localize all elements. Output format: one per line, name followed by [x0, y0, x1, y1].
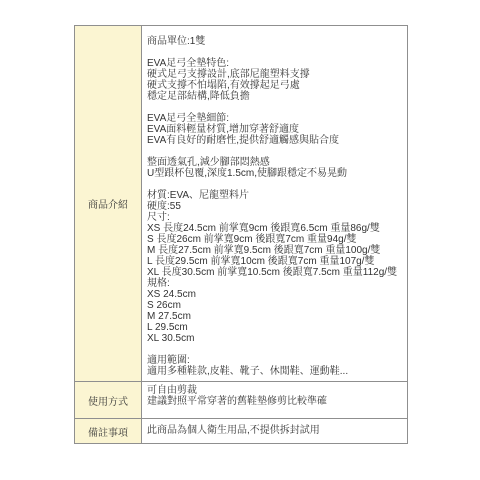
- content-line: 商品單位:1雙: [147, 36, 403, 47]
- table-row-notes: 備註事項 此商品為個人衛生用品,不提供拆封試用: [75, 418, 407, 443]
- content-line: M 27.5cm: [147, 311, 403, 322]
- content-line: 材質:EVA、尼龍塑料片: [147, 190, 403, 201]
- content-line: L 29.5cm: [147, 322, 403, 333]
- row-header-usage: 使用方式: [75, 382, 142, 418]
- content-line: L 長度29.5cm 前掌寬10cm 後跟寬7cm 重量107g/雙: [147, 256, 403, 267]
- content-line: 此商品為個人衛生用品,不提供拆封試用: [147, 425, 403, 436]
- content-line: 建議對照平常穿著的舊鞋墊修剪比較準確: [147, 396, 403, 407]
- usage-content: 可自由剪裁建議對照平常穿著的舊鞋墊修剪比較準確: [142, 382, 407, 418]
- content-line: XL 長度30.5cm 前掌寬10.5cm 後跟寬7.5cm 重量112g/雙: [147, 267, 403, 278]
- table-row-product-intro: 商品介紹 商品單位:1雙EVA足弓全墊特色:硬式足弓支撐設計,底部尼龍塑料支撐硬…: [75, 26, 407, 381]
- content-line: EVA足弓全墊細節:: [147, 113, 403, 124]
- content-line: EVA足弓全墊特色:: [147, 58, 403, 69]
- product-detail-page: 商品介紹 商品單位:1雙EVA足弓全墊特色:硬式足弓支撐設計,底部尼龍塑料支撐硬…: [0, 0, 480, 480]
- blank-line: [147, 146, 403, 157]
- content-line: 硬度:55: [147, 201, 403, 212]
- content-line: 可自由剪裁: [147, 385, 403, 396]
- notes-content: 此商品為個人衛生用品,不提供拆封試用: [142, 419, 407, 443]
- content-line: 適用範圍:: [147, 355, 403, 366]
- content-line: M 長度27.5cm 前掌寬9.5cm 後跟寬7cm 重量100g/雙: [147, 245, 403, 256]
- content-line: EVA有良好的耐磨性,提供舒適觸感與貼合度: [147, 135, 403, 146]
- row-header-notes: 備註事項: [75, 419, 142, 443]
- content-line: 規格:: [147, 278, 403, 289]
- content-line: 硬式支撐不怕塌陷,有效撐起足弓處: [147, 80, 403, 91]
- content-line: S 26cm: [147, 300, 403, 311]
- blank-line: [147, 102, 403, 113]
- product-info-table: 商品介紹 商品單位:1雙EVA足弓全墊特色:硬式足弓支撐設計,底部尼龍塑料支撐硬…: [74, 25, 408, 444]
- content-line: 穩定足部結構,降低負擔: [147, 91, 403, 102]
- content-line: 適用多種鞋款,皮鞋、靴子、休閒鞋、運動鞋...: [147, 366, 403, 377]
- content-line: XS 24.5cm: [147, 289, 403, 300]
- blank-line: [147, 344, 403, 355]
- row-header-product-intro: 商品介紹: [75, 26, 142, 381]
- content-line: EVA面料輕量材質,增加穿著舒適度: [147, 124, 403, 135]
- content-line: 硬式足弓支撐設計,底部尼龍塑料支撐: [147, 69, 403, 80]
- product-intro-content: 商品單位:1雙EVA足弓全墊特色:硬式足弓支撐設計,底部尼龍塑料支撐硬式支撐不怕…: [142, 26, 407, 381]
- content-line: U型跟杯包覆,深度1.5cm,使腳跟穩定不易晃動: [147, 168, 403, 179]
- content-line: XS 長度24.5cm 前掌寬9cm 後跟寬6.5cm 重量86g/雙: [147, 223, 403, 234]
- content-line: 尺寸:: [147, 212, 403, 223]
- blank-line: [147, 47, 403, 58]
- content-line: XL 30.5cm: [147, 333, 403, 344]
- table-row-usage: 使用方式 可自由剪裁建議對照平常穿著的舊鞋墊修剪比較準確: [75, 381, 407, 418]
- content-line: S 長度26cm 前掌寬9cm 後跟寬7cm 重量94g/雙: [147, 234, 403, 245]
- blank-line: [147, 179, 403, 190]
- content-line: 整面透氣孔,減少腳部悶熱感: [147, 157, 403, 168]
